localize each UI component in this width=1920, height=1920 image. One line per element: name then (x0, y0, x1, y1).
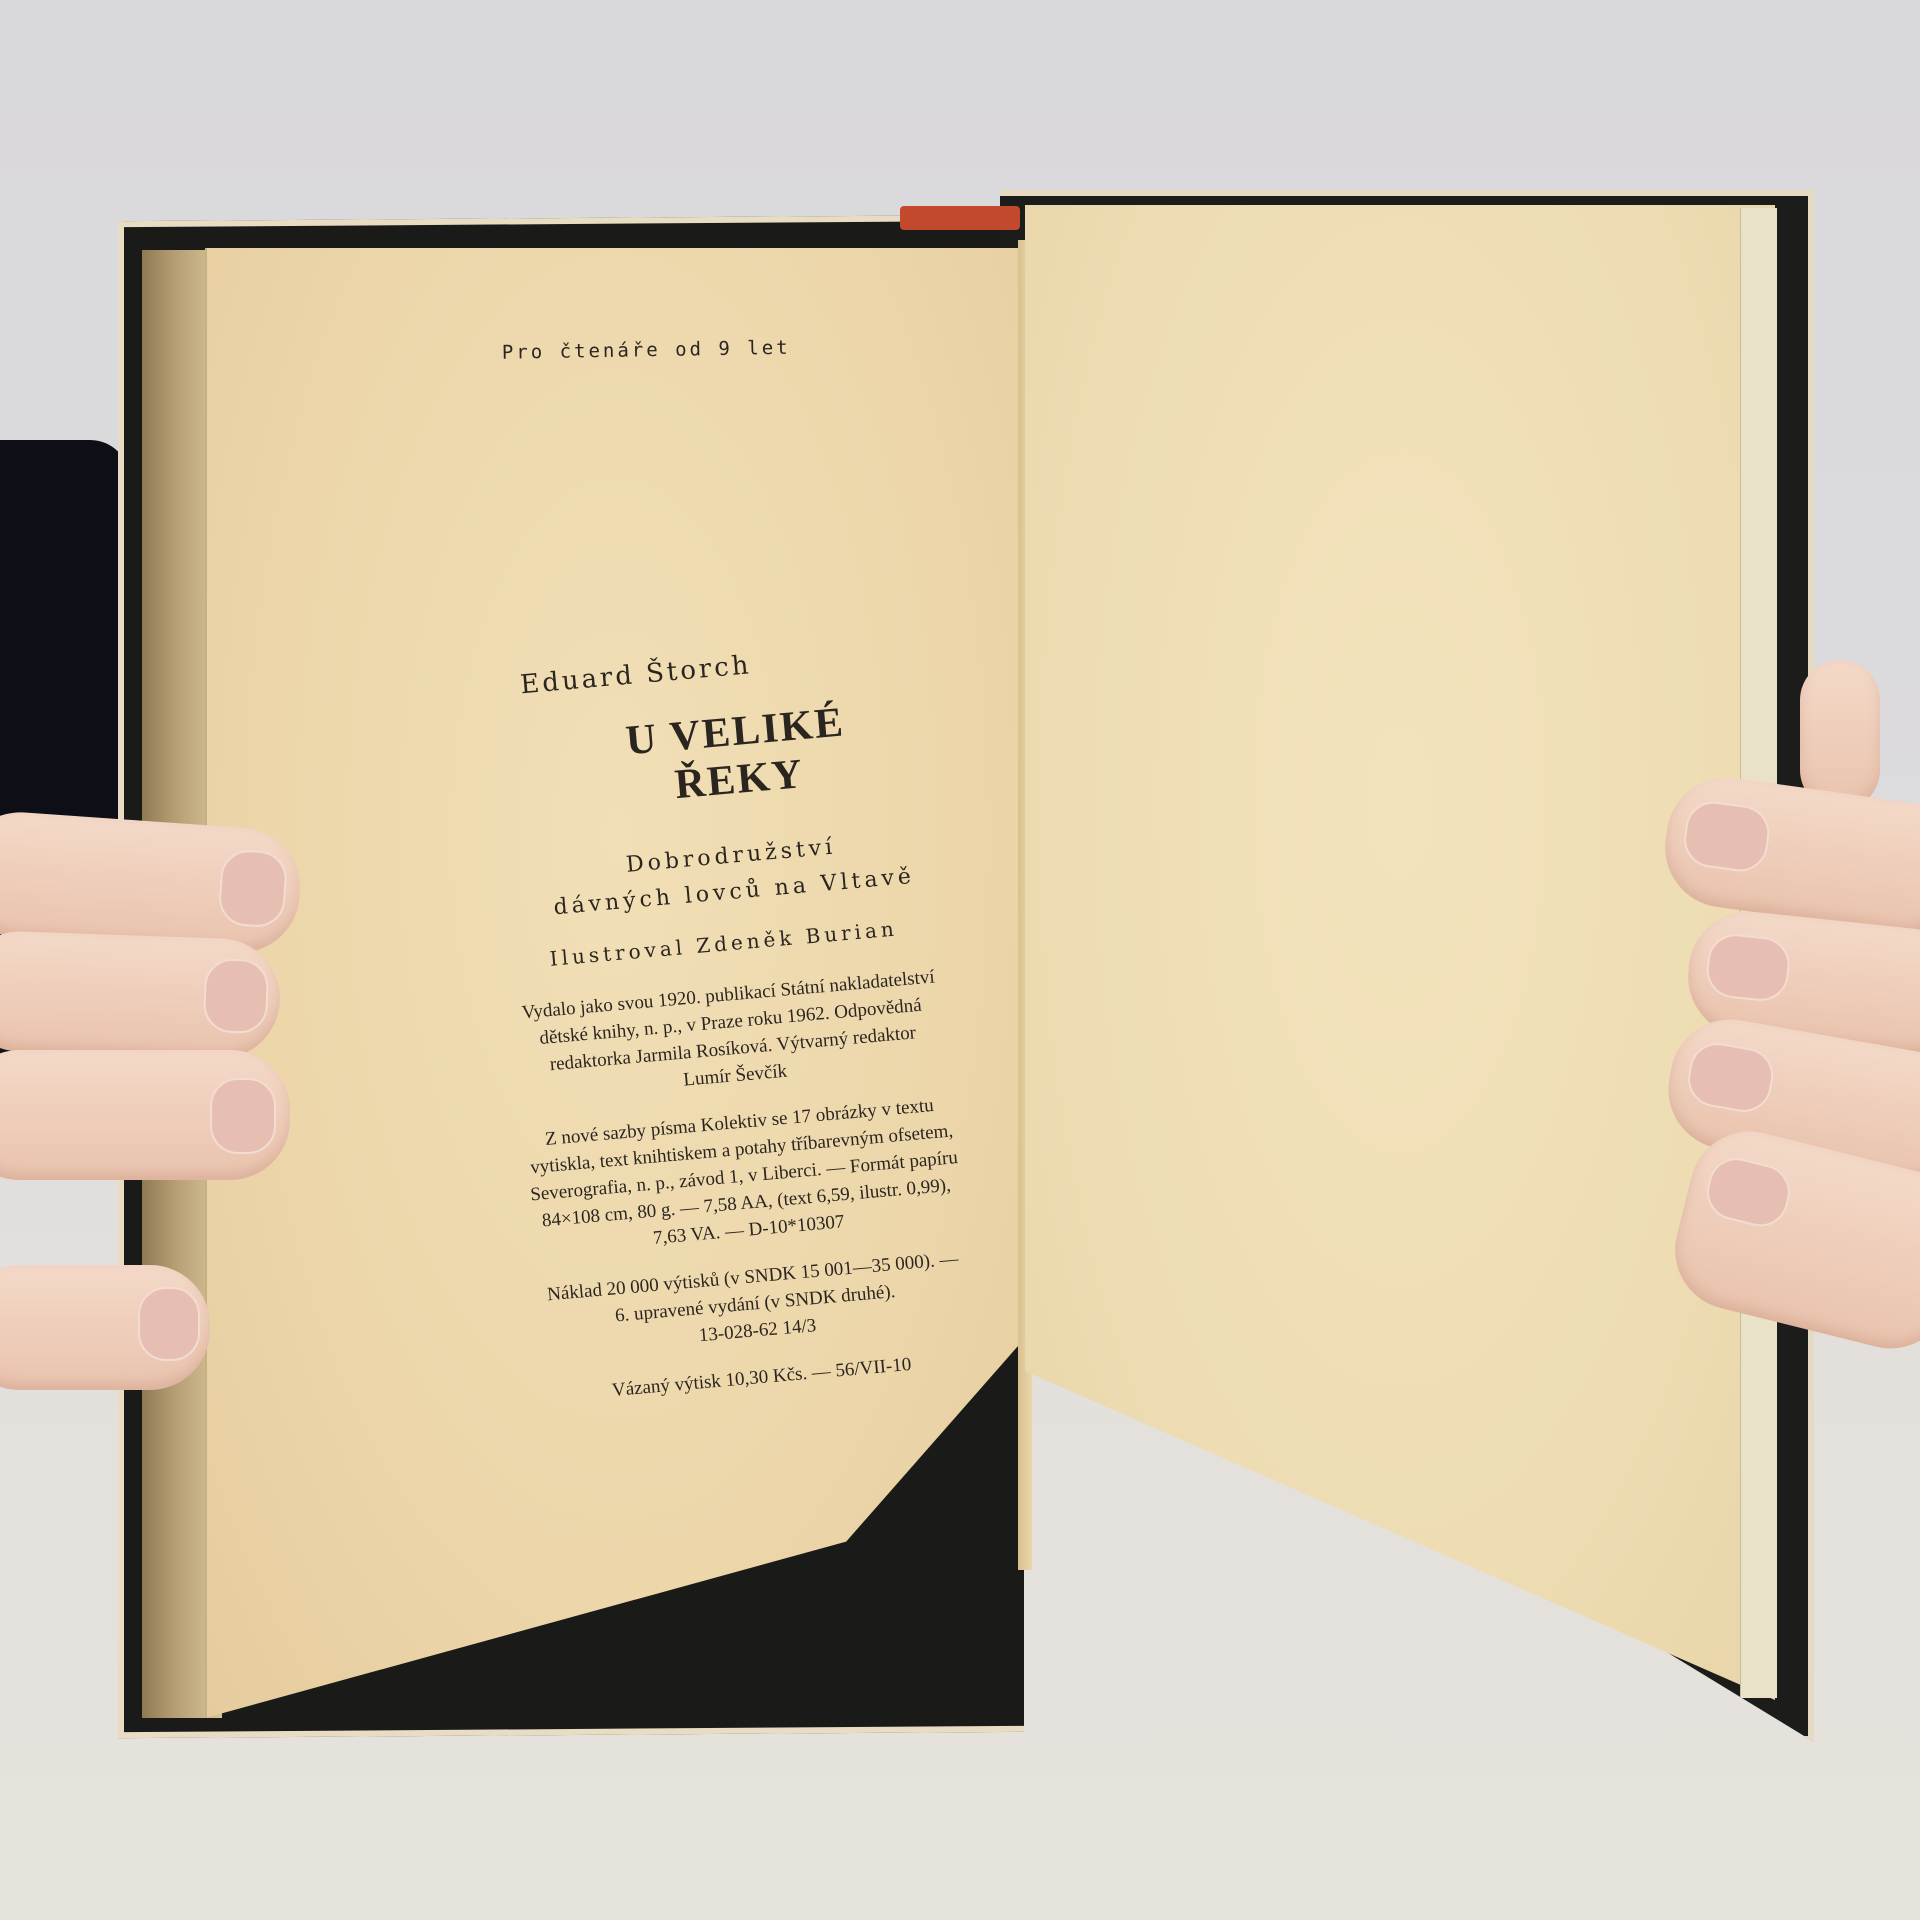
fingernail (210, 1078, 276, 1154)
fingernail (203, 958, 270, 1034)
fingernail (1701, 1152, 1796, 1232)
left-finger-4 (0, 1265, 210, 1390)
left-finger-3 (0, 1050, 290, 1180)
publisher-paragraph: Vydalo jako svou 1920. publikací Státní … (468, 959, 995, 1112)
fingernail (1704, 931, 1792, 1003)
imprint-text-block: Pro čtenáře od 9 let Eduard Štorch U VEL… (411, 307, 1024, 1433)
printing-paragraph: Z nové sazby písma Kolektiv se 17 obrázk… (479, 1086, 1009, 1266)
imprint-colophon: Vydalo jako svou 1920. publikací Státní … (468, 959, 1022, 1414)
spine-headband (900, 206, 1020, 230)
right-page-blank (1025, 205, 1775, 1700)
audience-label: Pro čtenáře od 9 let (502, 334, 932, 364)
fingernail (1684, 1039, 1778, 1117)
book-title: U VELIKÉ ŘEKY (504, 688, 971, 824)
fingernail (1681, 798, 1773, 875)
left-finger-2 (0, 929, 282, 1060)
fingernail (217, 848, 288, 928)
fingernail (138, 1287, 200, 1361)
right-thumb (1800, 660, 1880, 810)
author-name: Eduard Štorch (519, 632, 960, 700)
